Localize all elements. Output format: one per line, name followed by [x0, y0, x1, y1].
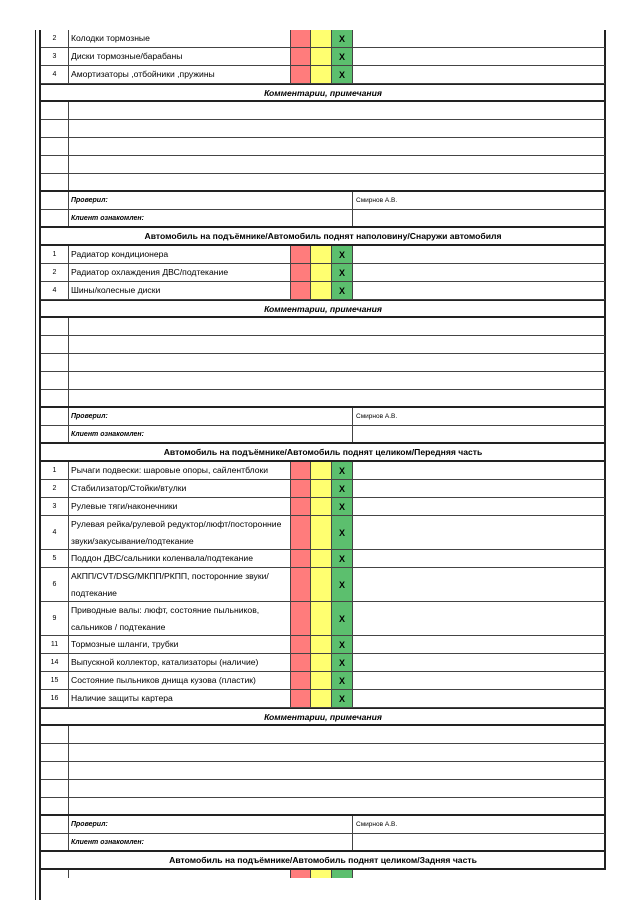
item-number: 1 — [41, 246, 69, 263]
section-title: Автомобиль на подъёмнике/Автомобиль подн… — [41, 852, 605, 868]
comment-line-row — [41, 744, 605, 762]
section-header-row: Автомобиль на подъёмнике/Автомобиль подн… — [41, 852, 605, 870]
checked-by-row: Проверил:Смирнов А.В. — [41, 816, 605, 834]
status-ok-cell[interactable]: X — [332, 246, 353, 263]
status-fail-cell[interactable] — [290, 690, 311, 707]
status-warn-cell[interactable] — [311, 480, 332, 497]
checklist-item-row: 5Поддон ДВС/сальники коленвала/подтекани… — [41, 550, 605, 568]
comments-title: Комментарии, примечания — [41, 301, 605, 316]
comment-line-input[interactable] — [69, 762, 605, 779]
checklist-item-row: 6АКПП/CVT/DSG/МКПП/РКПП, посторонние зву… — [41, 568, 605, 602]
comment-line-number — [41, 138, 69, 155]
status-warn-cell[interactable] — [311, 654, 332, 671]
status-ok-cell[interactable]: X — [332, 264, 353, 281]
sheet-left-border-outer — [35, 30, 36, 900]
status-fail-cell[interactable] — [290, 282, 311, 299]
status-ok-cell[interactable]: X — [332, 654, 353, 671]
item-name: Диски тормозные/барабаны — [69, 48, 290, 65]
comment-line-row — [41, 372, 605, 390]
status-ok-cell[interactable]: X — [332, 30, 353, 47]
comment-line-row — [41, 138, 605, 156]
status-ok-cell[interactable]: X — [332, 550, 353, 567]
status-fail-cell[interactable] — [290, 654, 311, 671]
section-title: Автомобиль на подъёмнике/Автомобиль подн… — [41, 228, 605, 244]
comment-line-number — [41, 336, 69, 353]
item-number: 6 — [41, 568, 69, 601]
client-ack-label: Клиент ознакомлен: — [69, 210, 353, 226]
comment-line-row — [41, 354, 605, 372]
item-number: 15 — [41, 672, 69, 689]
item-name: Состояние пыльников днища кузова (пласти… — [69, 672, 290, 689]
status-ok-cell[interactable]: X — [332, 48, 353, 65]
checklist-item-row: 4Шины/колесные дискиX — [41, 282, 605, 300]
client-ack-row: Клиент ознакомлен: — [41, 210, 605, 228]
item-name: Рычаги подвески: шаровые опоры, сайлентб… — [69, 462, 290, 479]
item-name: АКПП/CVT/DSG/МКПП/РКПП, посторонние звук… — [69, 568, 290, 601]
status-ok-cell[interactable]: X — [332, 282, 353, 299]
status-warn-cell[interactable] — [311, 246, 332, 263]
checklist-item-row-partial — [41, 870, 605, 878]
comment-line-row — [41, 780, 605, 798]
comment-line-row — [41, 102, 605, 120]
item-name: Наличие защиты картера — [69, 690, 290, 707]
status-fail-cell[interactable] — [290, 30, 311, 47]
checked-by-label: Проверил: — [69, 816, 353, 833]
checklist-item-row: 9Приводные валы: люфт, состояние пыльник… — [41, 602, 605, 636]
item-name: Шины/колесные диски — [69, 282, 290, 299]
item-number: 2 — [41, 30, 69, 47]
client-ack-value[interactable] — [353, 834, 605, 850]
status-fail-cell[interactable] — [290, 568, 311, 601]
section-title: Автомобиль на подъёмнике/Автомобиль подн… — [41, 444, 605, 460]
comment-line-input[interactable] — [69, 354, 605, 371]
status-warn-cell[interactable] — [311, 30, 332, 47]
client-ack-label: Клиент ознакомлен: — [69, 834, 353, 850]
comment-line-input[interactable] — [69, 726, 605, 743]
item-number: 16 — [41, 690, 69, 707]
checklist-item-row: 1Рычаги подвески: шаровые опоры, сайлент… — [41, 462, 605, 480]
comment-line-input[interactable] — [69, 174, 605, 190]
item-number: 1 — [41, 462, 69, 479]
signature-number — [41, 192, 69, 209]
status-ok-cell[interactable]: X — [332, 498, 353, 515]
checklist-item-row: 16Наличие защиты картераX — [41, 690, 605, 708]
status-warn-cell[interactable] — [311, 48, 332, 65]
comment-line-input[interactable] — [69, 336, 605, 353]
item-number: 4 — [41, 66, 69, 83]
status-ok-cell[interactable] — [332, 870, 353, 878]
comment-line-number — [41, 102, 69, 119]
item-number: 2 — [41, 480, 69, 497]
status-ok-cell[interactable]: X — [332, 568, 353, 601]
checked-by-value[interactable]: Смирнов А.В. — [353, 408, 605, 425]
status-warn-cell[interactable] — [311, 516, 332, 549]
client-ack-value[interactable] — [353, 426, 605, 442]
status-warn-cell[interactable] — [311, 462, 332, 479]
comments-title: Комментарии, примечания — [41, 709, 605, 724]
status-ok-cell[interactable]: X — [332, 636, 353, 653]
item-number: 14 — [41, 654, 69, 671]
checklist-item-row: 3Диски тормозные/барабаныX — [41, 48, 605, 66]
checked-by-label: Проверил: — [69, 192, 353, 209]
status-fail-cell[interactable] — [290, 462, 311, 479]
status-ok-cell[interactable]: X — [332, 480, 353, 497]
item-name: Стабилизатор/Стойки/втулки — [69, 480, 290, 497]
item-number: 4 — [41, 282, 69, 299]
comment-line-row — [41, 156, 605, 174]
section-header-row: Автомобиль на подъёмнике/Автомобиль подн… — [41, 444, 605, 462]
comment-line-input[interactable] — [69, 156, 605, 173]
item-name: Колодки тормозные — [69, 30, 290, 47]
status-fail-cell[interactable] — [290, 602, 311, 635]
comment-line-number — [41, 174, 69, 190]
checklist-item-row: 3Рулевые тяги/наконечникиX — [41, 498, 605, 516]
item-name: Рулевая рейка/рулевой редуктор/люфт/пост… — [69, 516, 290, 549]
status-warn-cell[interactable] — [311, 498, 332, 515]
checklist-item-row: 4Амортизаторы ,отбойники ,пружиныX — [41, 66, 605, 84]
status-fail-cell[interactable] — [290, 636, 311, 653]
comment-line-row — [41, 318, 605, 336]
item-name: Тормозные шланги, трубки — [69, 636, 290, 653]
comments-header-row: Комментарии, примечания — [41, 708, 605, 726]
comment-line-input[interactable] — [69, 744, 605, 761]
comment-line-number — [41, 390, 69, 406]
comment-line-input[interactable] — [69, 102, 605, 119]
checked-by-value[interactable]: Смирнов А.В. — [353, 192, 605, 209]
comment-line-input[interactable] — [69, 372, 605, 389]
status-ok-cell[interactable]: X — [332, 672, 353, 689]
checklist-item-row: 2Радиатор охлаждения ДВС/подтеканиеX — [41, 264, 605, 282]
comments-header-row: Комментарии, примечания — [41, 84, 605, 102]
item-name: Приводные валы: люфт, состояние пыльнико… — [69, 602, 290, 635]
status-ok-cell[interactable]: X — [332, 516, 353, 549]
comment-line-row — [41, 336, 605, 354]
item-name: Радиатор кондиционера — [69, 246, 290, 263]
comment-line-input[interactable] — [69, 390, 605, 406]
status-warn-cell[interactable] — [311, 282, 332, 299]
item-name: Рулевые тяги/наконечники — [69, 498, 290, 515]
status-ok-cell[interactable]: X — [332, 66, 353, 83]
comment-line-row — [41, 726, 605, 744]
item-number: 2 — [41, 264, 69, 281]
client-ack-value[interactable] — [353, 210, 605, 226]
comment-line-row — [41, 762, 605, 780]
checklist-item-row: 2Колодки тормозныеX — [41, 30, 605, 48]
checklist-item-row: 14Выпускной коллектор, катализаторы (нал… — [41, 654, 605, 672]
status-fail-cell[interactable] — [290, 66, 311, 83]
comment-line-number — [41, 762, 69, 779]
item-name: Амортизаторы ,отбойники ,пружины — [69, 66, 290, 83]
status-fail-cell[interactable] — [290, 246, 311, 263]
comment-line-number — [41, 354, 69, 371]
checked-by-value[interactable]: Смирнов А.В. — [353, 816, 605, 833]
comment-line-number — [41, 780, 69, 797]
item-number: 9 — [41, 602, 69, 635]
status-warn-cell[interactable] — [311, 264, 332, 281]
item-number: 4 — [41, 516, 69, 549]
comment-line-row — [41, 120, 605, 138]
status-warn-cell[interactable] — [311, 568, 332, 601]
status-fail-cell[interactable] — [290, 48, 311, 65]
item-number: 5 — [41, 550, 69, 567]
comment-line-number — [41, 744, 69, 761]
checked-by-label: Проверил: — [69, 408, 353, 425]
item-number — [41, 870, 69, 878]
status-warn-cell[interactable] — [311, 636, 332, 653]
comment-line-input[interactable] — [69, 120, 605, 137]
section-header-row: Автомобиль на подъёмнике/Автомобиль подн… — [41, 228, 605, 246]
status-ok-cell[interactable]: X — [332, 462, 353, 479]
item-name: Выпускной коллектор, катализаторы (налич… — [69, 654, 290, 671]
status-fail-cell[interactable] — [290, 480, 311, 497]
checklist-item-row: 2Стабилизатор/Стойки/втулкиX — [41, 480, 605, 498]
checklist-item-row: 4Рулевая рейка/рулевой редуктор/люфт/пос… — [41, 516, 605, 550]
status-fail-cell[interactable] — [290, 264, 311, 281]
comment-line-input[interactable] — [69, 780, 605, 797]
signature-number — [41, 816, 69, 833]
item-name: Поддон ДВС/сальники коленвала/подтекание — [69, 550, 290, 567]
status-fail-cell[interactable] — [290, 516, 311, 549]
signature-number — [41, 210, 69, 226]
comment-line-number — [41, 156, 69, 173]
checked-by-row: Проверил:Смирнов А.В. — [41, 408, 605, 426]
comment-line-number — [41, 726, 69, 743]
checklist-item-row: 15Состояние пыльников днища кузова (плас… — [41, 672, 605, 690]
comment-line-row — [41, 174, 605, 192]
status-fail-cell[interactable] — [290, 550, 311, 567]
item-number: 11 — [41, 636, 69, 653]
comment-line-input[interactable] — [69, 318, 605, 335]
comment-line-row — [41, 390, 605, 408]
item-number: 3 — [41, 498, 69, 515]
status-warn-cell[interactable] — [311, 550, 332, 567]
signature-number — [41, 834, 69, 850]
comment-line-input[interactable] — [69, 798, 605, 814]
status-fail-cell[interactable] — [290, 672, 311, 689]
comment-line-number — [41, 372, 69, 389]
status-fail-cell[interactable] — [290, 870, 311, 878]
comments-header-row: Комментарии, примечания — [41, 300, 605, 318]
comments-title: Комментарии, примечания — [41, 85, 605, 100]
status-warn-cell[interactable] — [311, 672, 332, 689]
status-warn-cell[interactable] — [311, 602, 332, 635]
item-number: 3 — [41, 48, 69, 65]
status-warn-cell[interactable] — [311, 690, 332, 707]
signature-number — [41, 426, 69, 442]
checklist-item-row: 11Тормозные шланги, трубкиX — [41, 636, 605, 654]
comment-line-number — [41, 798, 69, 814]
client-ack-label: Клиент ознакомлен: — [69, 426, 353, 442]
signature-number — [41, 408, 69, 425]
comment-line-number — [41, 318, 69, 335]
comment-line-row — [41, 798, 605, 816]
checked-by-row: Проверил:Смирнов А.В. — [41, 192, 605, 210]
comment-line-input[interactable] — [69, 138, 605, 155]
status-warn-cell[interactable] — [311, 66, 332, 83]
status-ok-cell[interactable]: X — [332, 602, 353, 635]
client-ack-row: Клиент ознакомлен: — [41, 426, 605, 444]
status-ok-cell[interactable]: X — [332, 690, 353, 707]
status-warn-cell[interactable] — [311, 870, 332, 878]
checklist-item-row: 1Радиатор кондиционераX — [41, 246, 605, 264]
comment-line-number — [41, 120, 69, 137]
client-ack-row: Клиент ознакомлен: — [41, 834, 605, 852]
status-fail-cell[interactable] — [290, 498, 311, 515]
item-name: Радиатор охлаждения ДВС/подтекание — [69, 264, 290, 281]
